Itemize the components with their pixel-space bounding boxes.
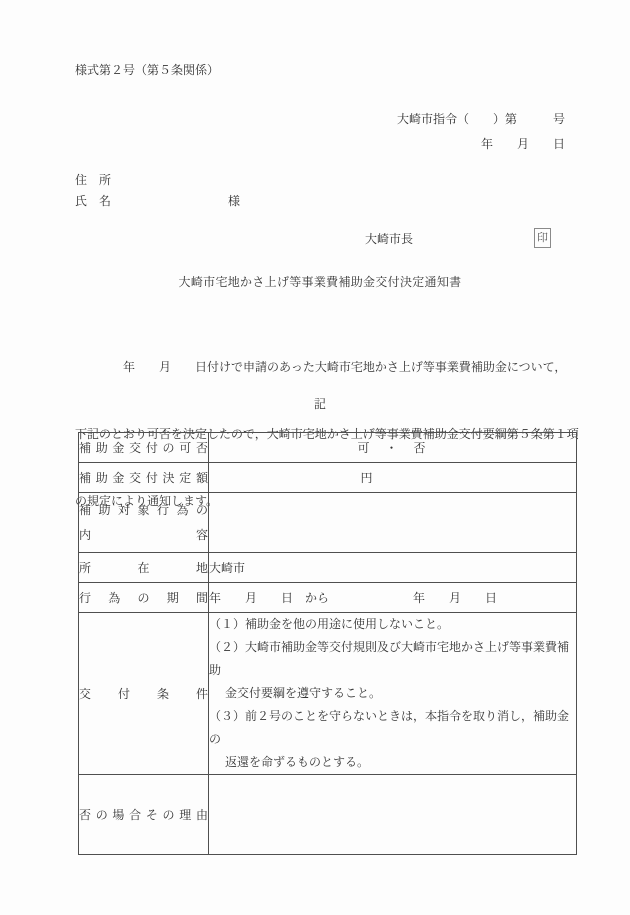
date-line: 年 月 日 [397, 132, 565, 157]
row-label-cell: 行為の期間 [79, 583, 209, 613]
row-label-cell: 否の場合その理由 [79, 775, 209, 855]
conditions-value-cell: （１）補助金を他の用途に使用しないこと。 （２）大崎市補助金等交付規則及び大崎市… [209, 613, 577, 775]
form-number: 様式第２号（第５条関係） [75, 61, 219, 78]
row-label-cell: 補助金交付決定額 [79, 463, 209, 493]
body-line-1: 年 月 日付けで申請のあった大崎市宅地かさ上げ等事業費補助金について， [75, 356, 567, 378]
address-label: 住 所 [75, 170, 240, 191]
row-label-cell: 補助対象行為の 内容 [79, 493, 209, 553]
row-label-cell: 補助金交付の可否 [79, 433, 209, 463]
row-label-cell: 交付条件 [79, 613, 209, 775]
name-label: 氏 名 [75, 191, 111, 212]
condition-3-line-1: （３）前２号のことを守らないときは，本指令を取り消し，補助金の [209, 705, 576, 751]
approval-value-cell: 可 ・ 否 [209, 433, 577, 463]
decision-table: 補助金交付の可否 可 ・ 否 補助金交付決定額 円 補助対象行為の 内容 所在地… [78, 432, 577, 855]
condition-3-line-2: 返還を命ずるものとする。 [209, 751, 576, 774]
seal-placeholder-icon: 印 [534, 228, 551, 248]
amount-value-cell: 円 [209, 463, 577, 493]
mayor-label: 大崎市長 [365, 230, 413, 247]
table-row-subject: 補助対象行為の 内容 [79, 493, 577, 553]
subject-value-cell [209, 493, 577, 553]
table-row-location: 所在地 大崎市 [79, 553, 577, 583]
row-label: 補助金交付の可否 [79, 439, 208, 456]
table-row-denial-reason: 否の場合その理由 [79, 775, 577, 855]
condition-2-line-1: （２）大崎市補助金等交付規則及び大崎市宅地かさ上げ等事業費補助 [209, 636, 576, 682]
reference-block: 大崎市指令（ ）第 号 年 月 日 [397, 107, 565, 157]
row-label: 交付条件 [79, 685, 208, 702]
table-row-approval: 補助金交付の可否 可 ・ 否 [79, 433, 577, 463]
directive-number-line: 大崎市指令（ ）第 号 [397, 107, 565, 132]
row-label-cell: 所在地 [79, 553, 209, 583]
honorific-label: 様 [228, 191, 240, 212]
period-value-cell: 年 月 日 から 年 月 日 [209, 583, 577, 613]
table-row-period: 行為の期間 年 月 日 から 年 月 日 [79, 583, 577, 613]
condition-2-line-2: 金交付要綱を遵守すること。 [209, 682, 576, 705]
yen-unit: 円 [360, 471, 372, 485]
issuer-line: 大崎市長 印 [365, 228, 551, 248]
row-label-line-2: 内容 [79, 523, 208, 548]
row-label-line-1: 補助対象行為の [79, 498, 208, 523]
table-row-amount: 補助金交付決定額 円 [79, 463, 577, 493]
row-label: 所在地 [79, 559, 208, 576]
denial-reason-value-cell [209, 775, 577, 855]
document-page: 様式第２号（第５条関係） 大崎市指令（ ）第 号 年 月 日 住 所 氏 名 様… [0, 0, 630, 915]
row-label: 否の場合その理由 [79, 806, 208, 823]
condition-1: （１）補助金を他の用途に使用しないこと。 [209, 613, 576, 636]
document-title: 大崎市宅地かさ上げ等事業費補助金交付決定通知書 [75, 273, 565, 290]
row-label: 行為の期間 [79, 589, 208, 606]
name-line: 氏 名 様 [75, 191, 240, 212]
row-label: 補助金交付決定額 [79, 469, 208, 486]
table-row-conditions: 交付条件 （１）補助金を他の用途に使用しないこと。 （２）大崎市補助金等交付規則… [79, 613, 577, 775]
record-marker: 記 [75, 395, 565, 412]
location-value-cell: 大崎市 [209, 553, 577, 583]
addressee-block: 住 所 氏 名 様 [75, 170, 240, 212]
